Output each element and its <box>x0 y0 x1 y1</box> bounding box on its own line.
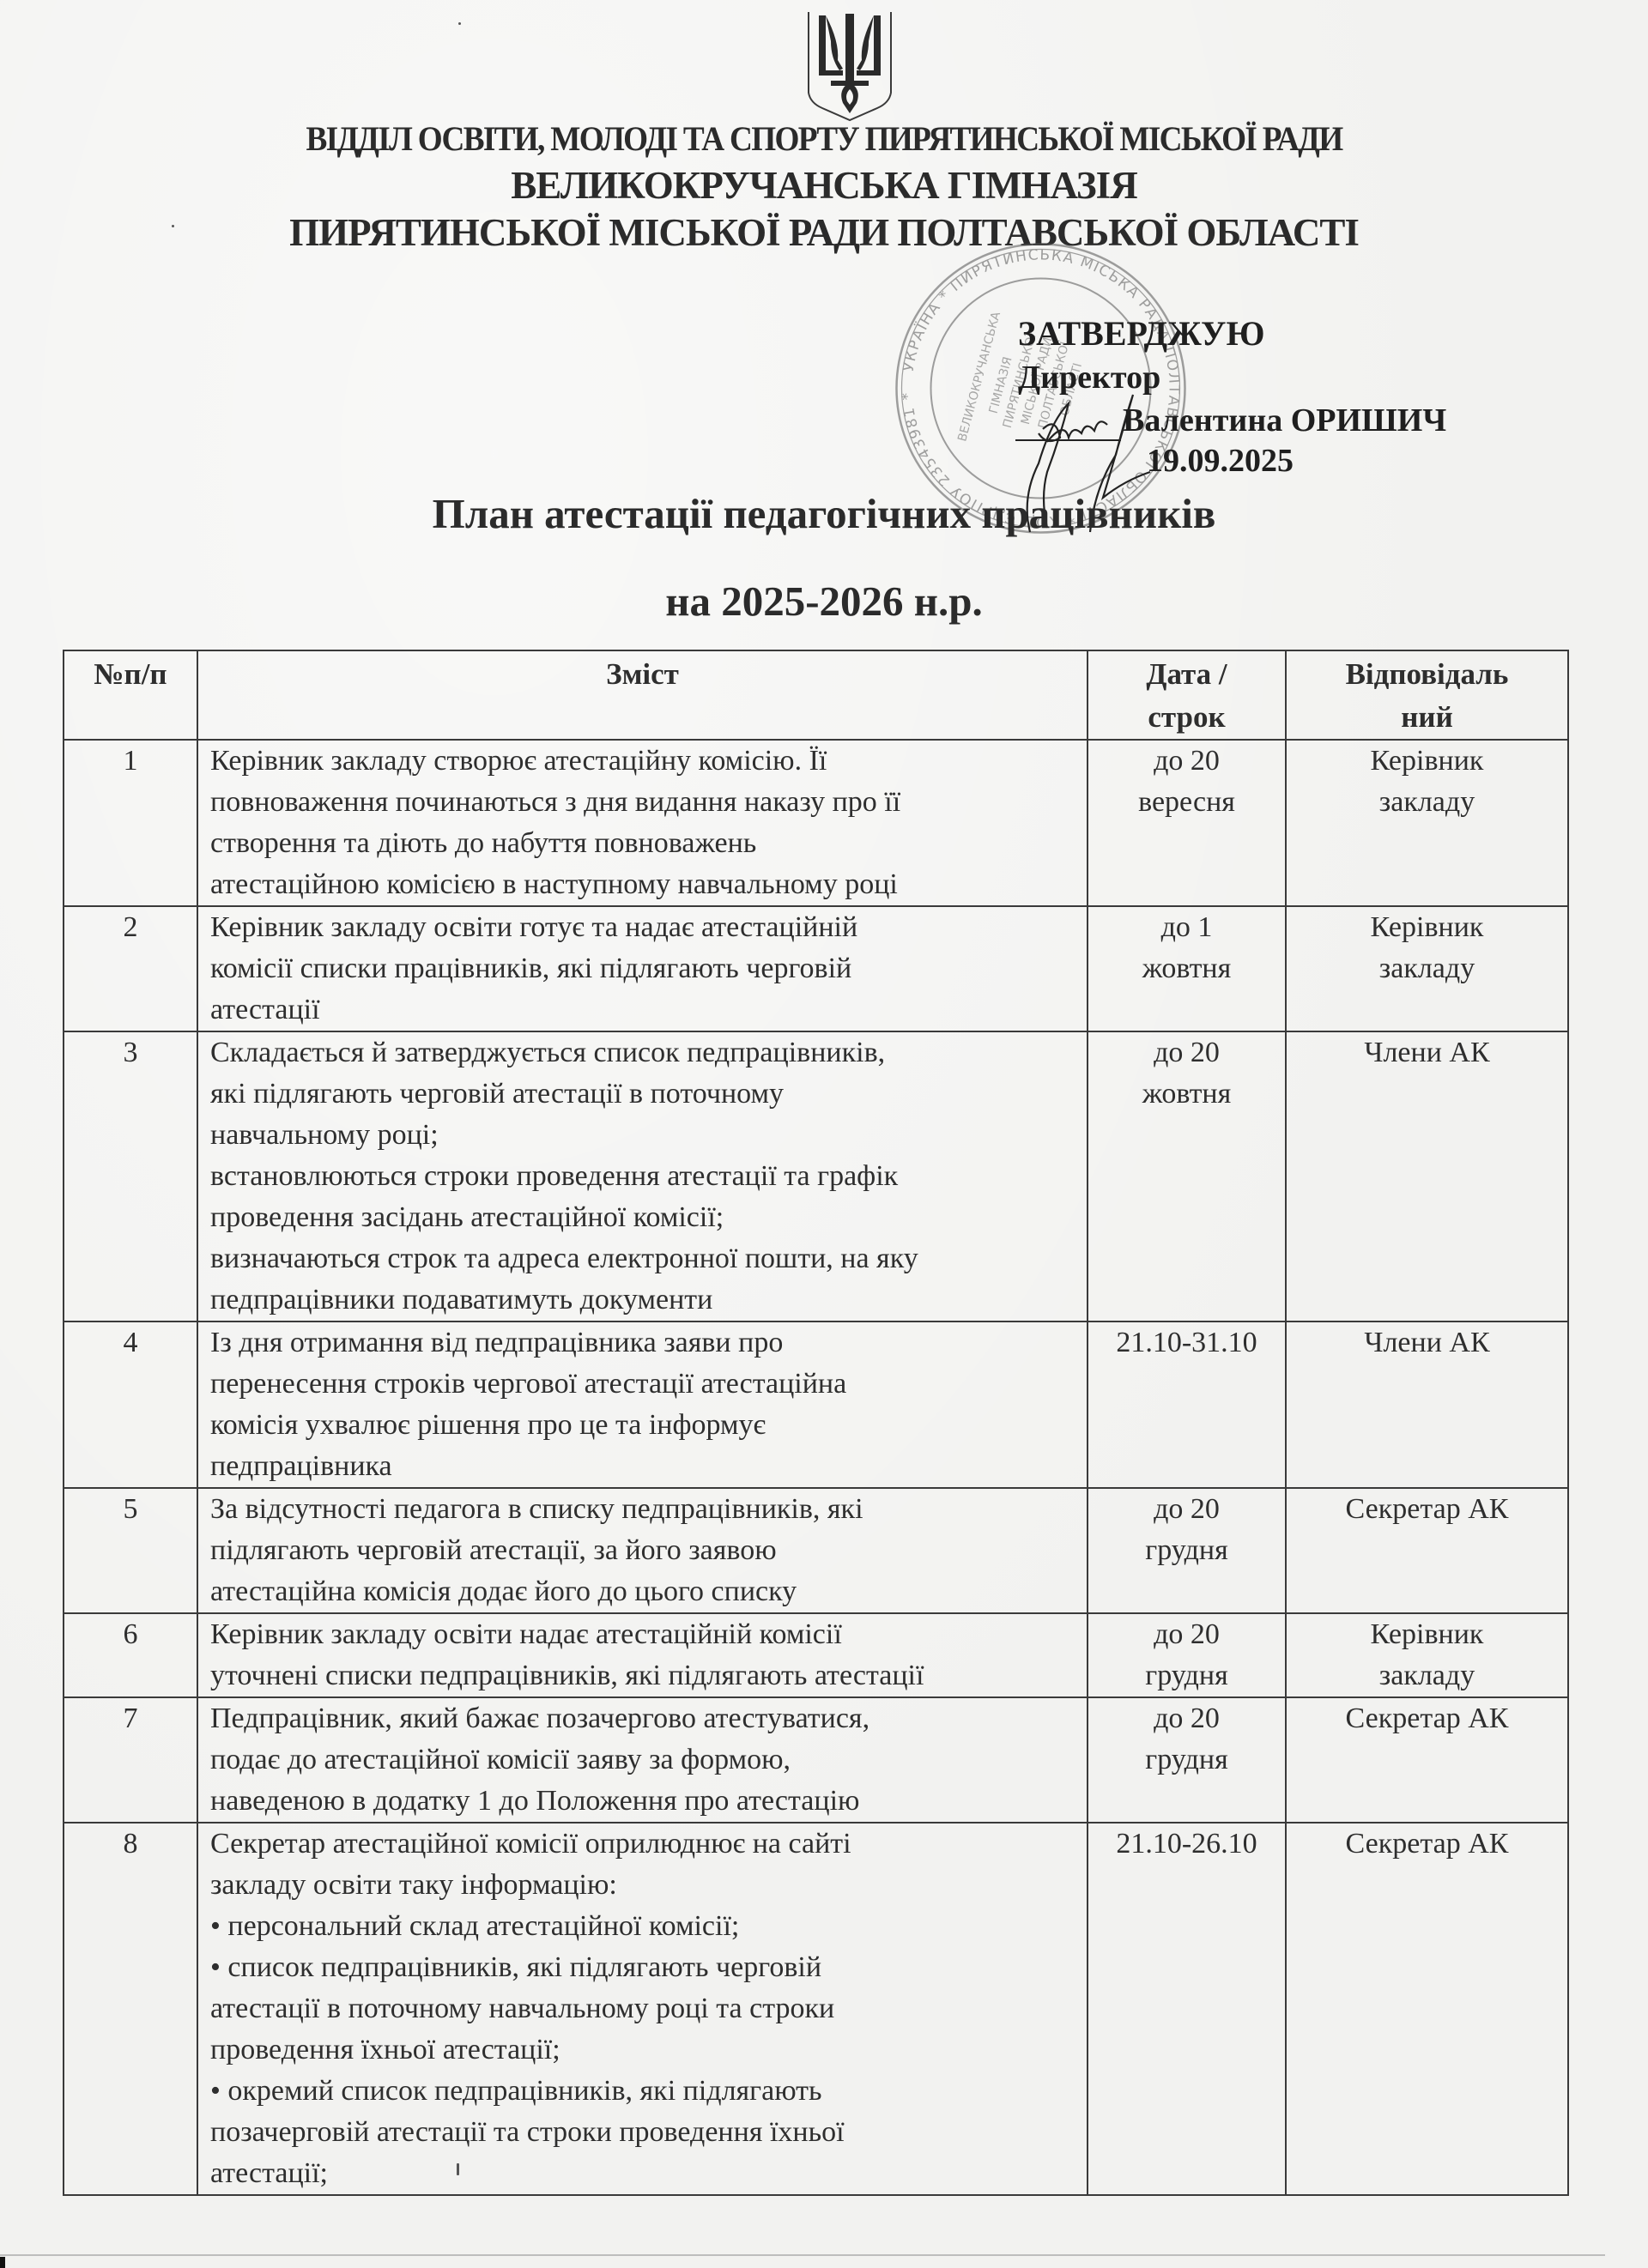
content-line: створення та діють до набуття повноважен… <box>210 823 1081 864</box>
row-responsible: Члени АК <box>1286 1031 1568 1321</box>
row-number: 6 <box>64 1613 197 1697</box>
content-line: навчальному році; <box>210 1115 1081 1156</box>
content-line: які підлягають черговій атестації в пото… <box>210 1074 1081 1115</box>
approver-name: Валентина ОРИШИЧ <box>1123 402 1446 439</box>
school-name-heading: ВЕЛИКОКРУЧАНСЬКА ГІМНАЗІЯ <box>0 163 1648 208</box>
row-deadline: 21.10-26.10 <box>1088 1823 1286 2195</box>
row-content: Керівник закладу освіти надає атестаційн… <box>197 1613 1088 1697</box>
row-content: Складається й затверджується список педп… <box>197 1031 1088 1321</box>
row-responsible: Керівникзакладу <box>1286 906 1568 1031</box>
content-line: визначаються строк та адреса електронної… <box>210 1238 1081 1279</box>
school-affiliation-heading: ПИРЯТИНСЬКОЇ МІСЬКОЇ РАДИ ПОЛТАВСЬКОЇ ОБ… <box>0 210 1648 255</box>
content-line: Керівник закладу освіти готує та надає а… <box>210 907 1081 948</box>
row-deadline: до 20грудня <box>1088 1613 1286 1697</box>
row-deadline: 21.10-31.10 <box>1088 1321 1286 1488</box>
content-line: подає до атестаційної комісії заяву за ф… <box>210 1739 1081 1781</box>
scan-edge-mark <box>0 2257 5 2268</box>
row-number: 2 <box>64 906 197 1031</box>
table-row: 7Педпрацівник, який бажає позачергово ат… <box>64 1697 1568 1823</box>
table-row: 5За відсутності педагога в списку педпра… <box>64 1488 1568 1613</box>
table-row: 1Керівник закладу створює атестаційну ко… <box>64 740 1568 906</box>
content-line: встановлюються строки проведення атестац… <box>210 1156 1081 1197</box>
row-responsible: Керівникзакладу <box>1286 1613 1568 1697</box>
row-content: Із дня отримання від педпрацівника заяви… <box>197 1321 1088 1488</box>
approval-title: ЗАТВЕРДЖУЮ <box>1018 313 1265 354</box>
scanned-page: ВІДДІЛ ОСВІТИ, МОЛОДІ ТА СПОРТУ ПИРЯТИНС… <box>0 0 1648 2268</box>
content-line: Керівник закладу створює атестаційну ком… <box>210 741 1081 782</box>
row-number: 4 <box>64 1321 197 1488</box>
content-line: уточнені списки педпрацівників, які підл… <box>210 1655 1081 1696</box>
content-line: позачерговій атестації та строки проведе… <box>210 2112 1081 2153</box>
content-line: Складається й затверджується список педп… <box>210 1032 1081 1074</box>
content-line: атестаційна комісія додає його до цього … <box>210 1571 1081 1612</box>
content-line: педпрацівника <box>210 1446 1081 1487</box>
content-line: повноваження починаються з дня видання н… <box>210 782 1081 823</box>
content-line: За відсутності педагога в списку педпрац… <box>210 1489 1081 1530</box>
row-content: Педпрацівник, який бажає позачергово ате… <box>197 1697 1088 1823</box>
scan-artifact <box>172 225 174 227</box>
content-line: атестаційною комісією в наступному навча… <box>210 864 1081 905</box>
table-row: 2Керівник закладу освіти готує та надає … <box>64 906 1568 1031</box>
scan-edge-line <box>0 2254 1605 2256</box>
row-deadline: до 20жовтня <box>1088 1031 1286 1321</box>
table-row: 4Із дня отримання від педпрацівника заяв… <box>64 1321 1568 1488</box>
scan-artifact <box>457 2163 459 2175</box>
content-line: • окремий список педпрацівників, які під… <box>210 2071 1081 2112</box>
content-line: наведеною в додатку 1 до Положення про а… <box>210 1781 1081 1822</box>
row-deadline: до 20грудня <box>1088 1697 1286 1823</box>
document-subtitle-year: на 2025-2026 н.р. <box>0 577 1648 626</box>
row-content: Керівник закладу створює атестаційну ком… <box>197 740 1088 906</box>
row-responsible: Секретар АК <box>1286 1488 1568 1613</box>
table-header-row: №п/п Зміст Дата / строк Відповідаль ний <box>64 650 1568 740</box>
row-deadline: до 1жовтня <box>1088 906 1286 1031</box>
table-row: 6Керівник закладу освіти надає атестацій… <box>64 1613 1568 1697</box>
content-line: Педпрацівник, який бажає позачергово ате… <box>210 1698 1081 1739</box>
content-line: перенесення строків чергової атестації а… <box>210 1364 1081 1405</box>
row-content: За відсутності педагога в списку педпрац… <box>197 1488 1088 1613</box>
column-header-content: Зміст <box>197 650 1088 740</box>
row-number: 1 <box>64 740 197 906</box>
content-line: • персональний склад атестаційної комісі… <box>210 1906 1081 1947</box>
row-number: 5 <box>64 1488 197 1613</box>
department-heading: ВІДДІЛ ОСВІТИ, МОЛОДІ ТА СПОРТУ ПИРЯТИНС… <box>58 118 1590 159</box>
content-line: проведення їхньої атестації; <box>210 2029 1081 2071</box>
content-line: Секретар атестаційної комісії оприлюднює… <box>210 1823 1081 1865</box>
content-line: • список педпрацівників, які підлягають … <box>210 1947 1081 1988</box>
row-deadline: до 20грудня <box>1088 1488 1286 1613</box>
row-responsible: Секретар АК <box>1286 1823 1568 2195</box>
content-line: атестації; <box>210 2153 1081 2194</box>
content-line: атестації <box>210 989 1081 1031</box>
content-line: атестації в поточному навчальному році т… <box>210 1988 1081 2029</box>
column-header-responsible: Відповідаль ний <box>1286 650 1568 740</box>
row-responsible: Керівникзакладу <box>1286 740 1568 906</box>
column-header-date: Дата / строк <box>1088 650 1286 740</box>
trident-coat-of-arms-icon <box>805 7 894 122</box>
row-number: 7 <box>64 1697 197 1823</box>
attestation-plan-table: №п/п Зміст Дата / строк Відповідаль ний … <box>63 650 1569 2196</box>
content-line: Керівник закладу освіти надає атестаційн… <box>210 1614 1081 1655</box>
approval-date: 19.09.2025 <box>1147 442 1294 480</box>
row-responsible: Секретар АК <box>1286 1697 1568 1823</box>
content-line: Із дня отримання від педпрацівника заяви… <box>210 1322 1081 1364</box>
column-header-number: №п/п <box>64 650 197 740</box>
table-row: 8Секретар атестаційної комісії оприлюдню… <box>64 1823 1568 2195</box>
content-line: комісії списки працівників, які підлягаю… <box>210 948 1081 989</box>
scan-artifact <box>458 22 461 25</box>
row-content: Керівник закладу освіти готує та надає а… <box>197 906 1088 1031</box>
content-line: закладу освіти таку інформацію: <box>210 1865 1081 1906</box>
row-number: 8 <box>64 1823 197 2195</box>
table-row: 3Складається й затверджується список пед… <box>64 1031 1568 1321</box>
row-responsible: Члени АК <box>1286 1321 1568 1488</box>
row-deadline: до 20вересня <box>1088 740 1286 906</box>
content-line: комісія ухвалює рішення про це та інформ… <box>210 1405 1081 1446</box>
content-line: проведення засідань атестаційної комісії… <box>210 1197 1081 1238</box>
row-number: 3 <box>64 1031 197 1321</box>
content-line: педпрацівники подаватимуть документи <box>210 1279 1081 1321</box>
content-line: підлягають черговій атестації, за його з… <box>210 1530 1081 1571</box>
document-title: План атестації педагогічних працівників <box>0 489 1648 538</box>
row-content: Секретар атестаційної комісії оприлюднює… <box>197 1823 1088 2195</box>
